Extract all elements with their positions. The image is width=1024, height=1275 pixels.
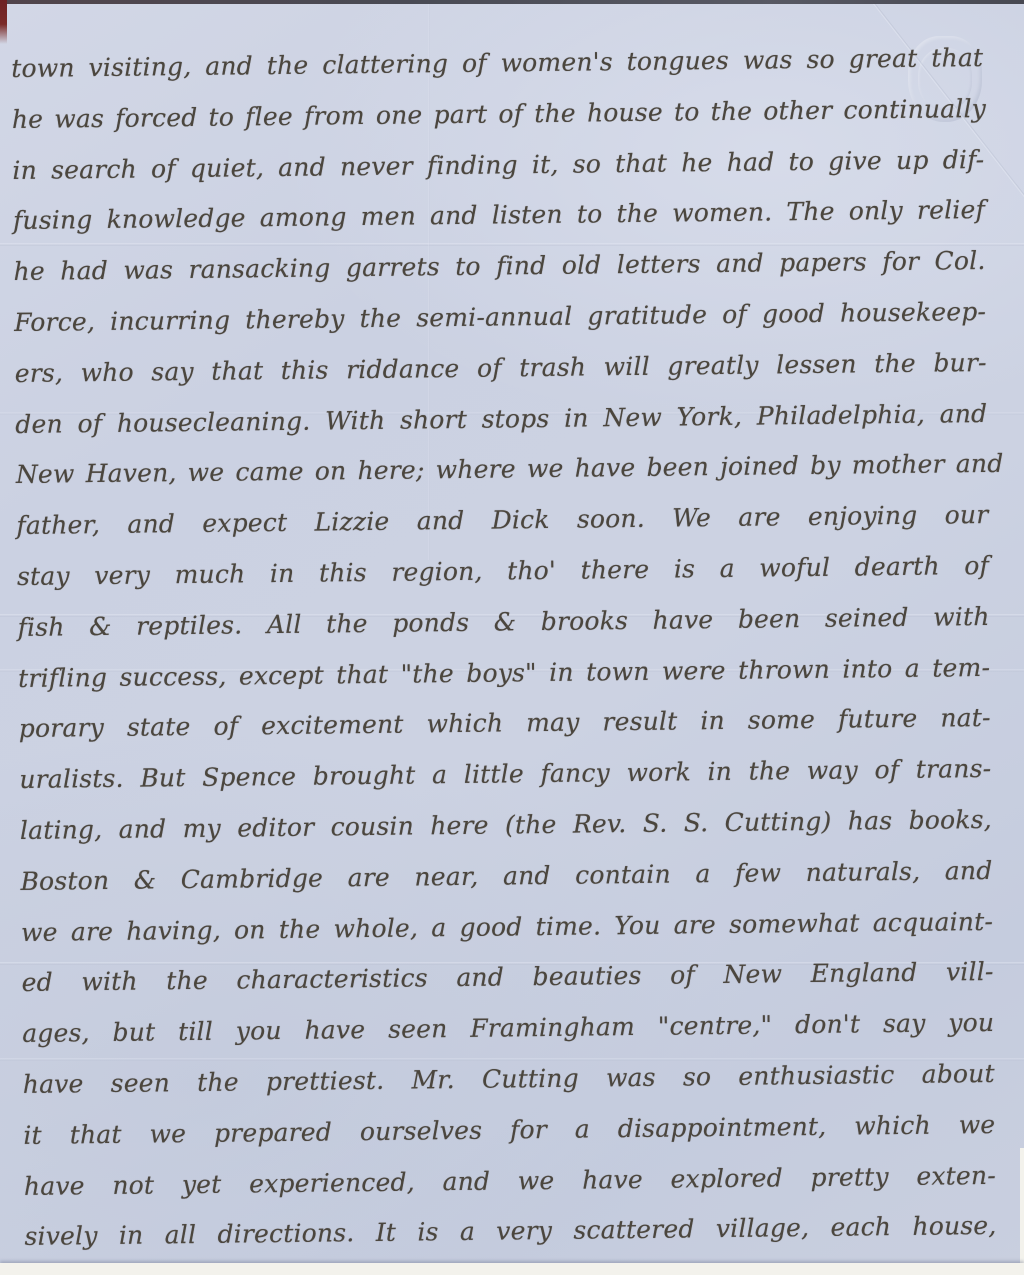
letter-page: town visiting, and the clattering of wom… <box>0 0 1024 1275</box>
scan-edge-top <box>0 0 1024 4</box>
paper-edge-bottom <box>0 1263 1024 1275</box>
letter-body: town visiting, and the clattering of wom… <box>11 33 997 1263</box>
paper-edge-right <box>1020 1148 1024 1275</box>
scan-edge-corner <box>0 0 7 44</box>
letter-line: sively in all directions. It is a very s… <box>24 1201 997 1263</box>
